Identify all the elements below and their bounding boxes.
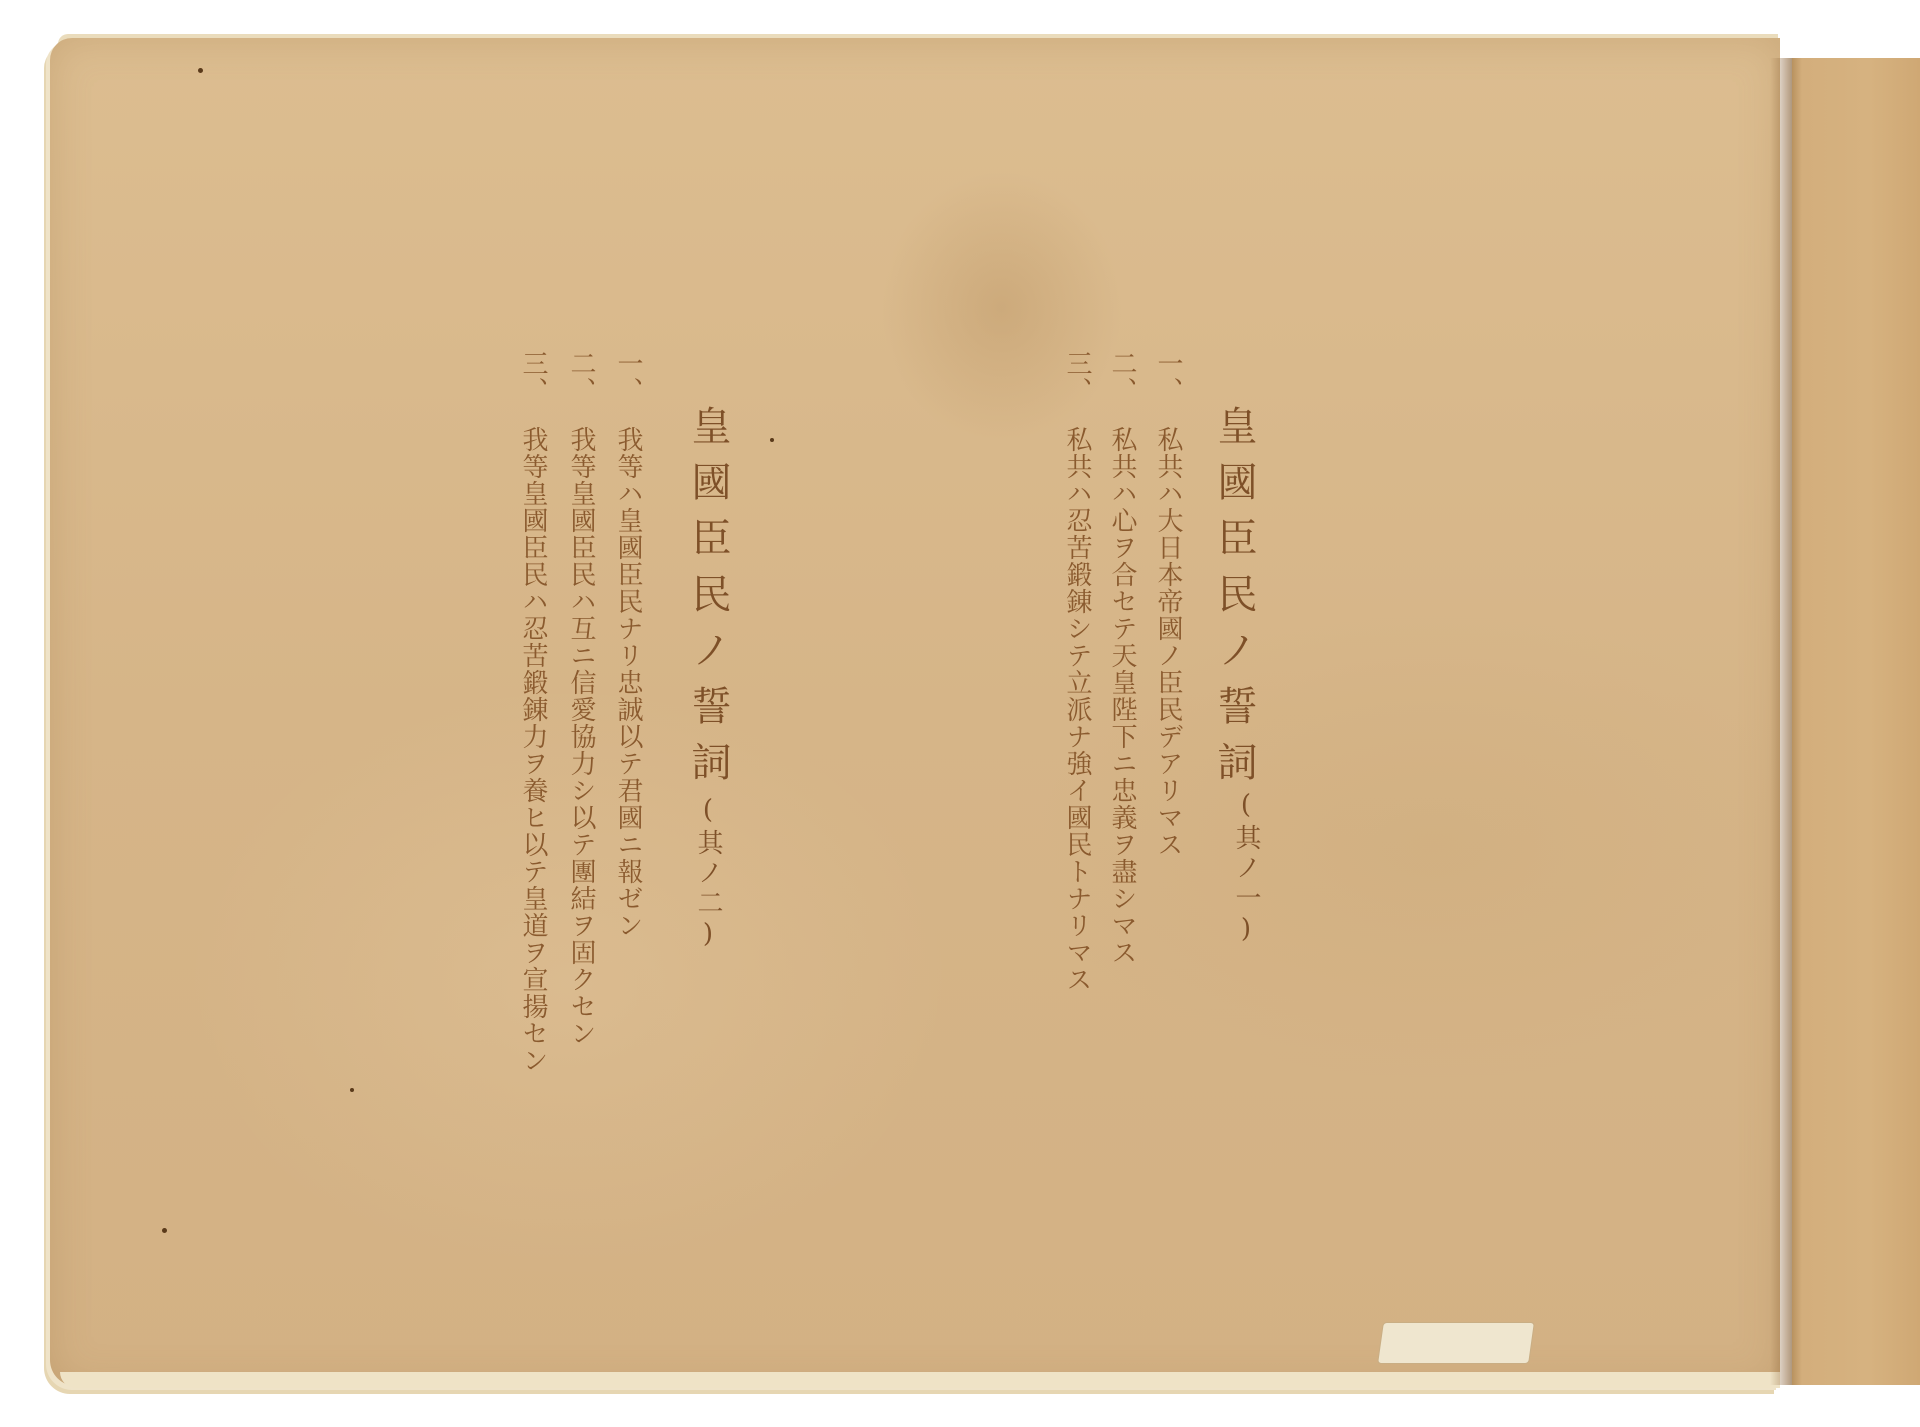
paper-speck bbox=[770, 438, 774, 442]
item-text: 私共ハ心ヲ合セテ天皇陛下ニ忠義ヲ盡シマス bbox=[1107, 426, 1137, 966]
item-text: 我等皇國臣民ハ互ニ信愛協力シ以テ團結ヲ固クセン bbox=[566, 426, 596, 1047]
oath-2-item-1: 一、我等ハ皇國臣民ナリ忠誠以テ君國ニ報ゼン bbox=[610, 350, 647, 939]
torn-paper-tab bbox=[1377, 1322, 1535, 1364]
paper-speck bbox=[350, 1088, 354, 1092]
item-number: 二、 bbox=[563, 350, 600, 404]
oath-1-title: 皇國臣民ノ誓詞 bbox=[1206, 405, 1263, 797]
item-text: 我等皇國臣民ハ忍苦鍛錬力ヲ養ヒ以テ皇道ヲ宣揚セン bbox=[518, 426, 548, 1074]
oath-1-item-3: 三、私共ハ忍苦鍛錬シテ立派ナ強イ國民トナリマス bbox=[1059, 350, 1096, 993]
booklet-page bbox=[50, 38, 1780, 1386]
oath-1-item-1: 一、私共ハ大日本帝國ノ臣民デアリマス bbox=[1150, 350, 1187, 858]
item-number: 一、 bbox=[610, 350, 647, 404]
page-bottom-edge bbox=[60, 1372, 1780, 1388]
cover-flap bbox=[1792, 58, 1920, 1385]
paper-speck bbox=[198, 68, 203, 73]
oath-2-subtitle: (其ノ二) bbox=[690, 795, 727, 953]
oath-2-item-2: 二、我等皇國臣民ハ互ニ信愛協力シ以テ團結ヲ固クセン bbox=[563, 350, 600, 1047]
oath-2-item-3: 三、我等皇國臣民ハ忍苦鍛錬力ヲ養ヒ以テ皇道ヲ宣揚セン bbox=[515, 350, 552, 1074]
item-text: 我等ハ皇國臣民ナリ忠誠以テ君國ニ報ゼン bbox=[613, 426, 643, 939]
item-text: 私共ハ大日本帝國ノ臣民デアリマス bbox=[1153, 426, 1183, 858]
oath-1-subtitle: (其ノ一) bbox=[1228, 790, 1265, 948]
item-number: 三、 bbox=[1059, 350, 1096, 404]
item-number: 一、 bbox=[1150, 350, 1187, 404]
item-text: 私共ハ忍苦鍛錬シテ立派ナ強イ國民トナリマス bbox=[1062, 426, 1092, 993]
item-number: 三、 bbox=[515, 350, 552, 404]
oath-2-title: 皇國臣民ノ誓詞 bbox=[680, 405, 737, 797]
paper-speck bbox=[162, 1228, 167, 1233]
oath-1-item-2: 二、私共ハ心ヲ合セテ天皇陛下ニ忠義ヲ盡シマス bbox=[1104, 350, 1141, 966]
item-number: 二、 bbox=[1104, 350, 1141, 404]
